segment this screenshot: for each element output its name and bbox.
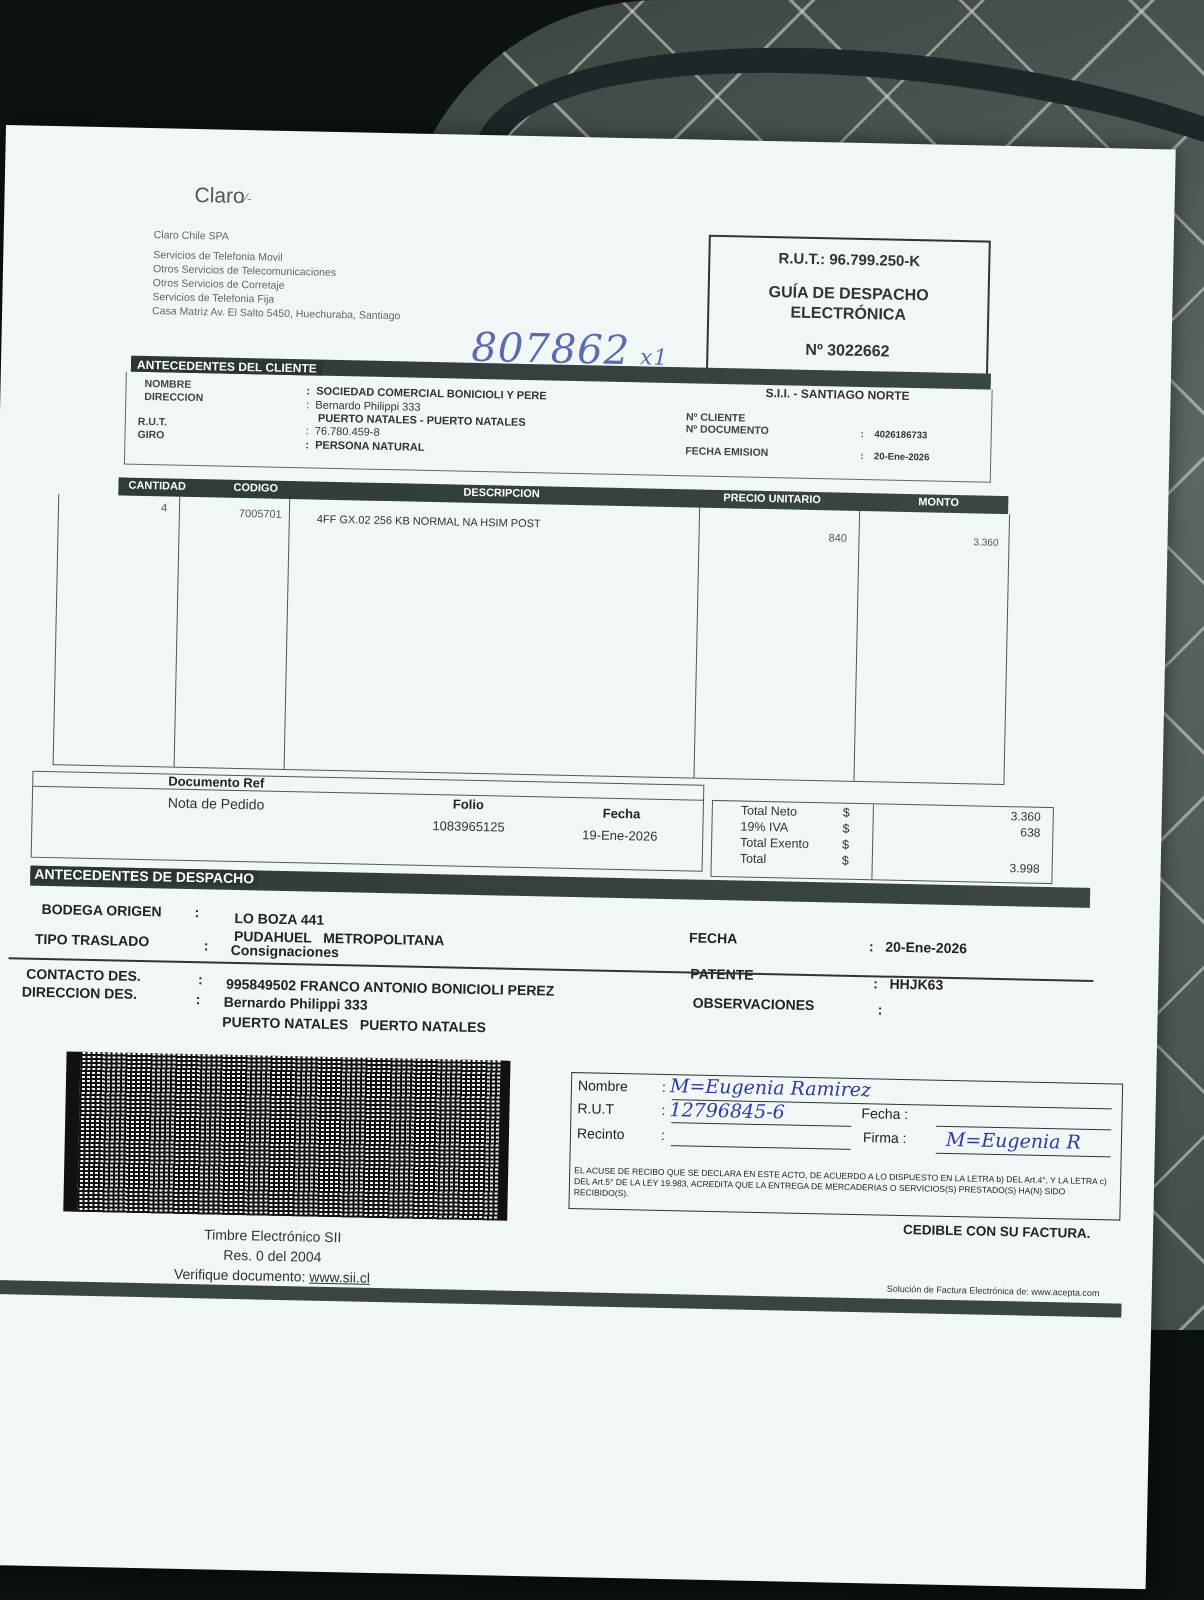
label-recibo-rut: R.U.T xyxy=(577,1100,614,1117)
fecha-despacho: 20-Ene-2026 xyxy=(885,939,967,957)
issuer-rut: R.U.T.: 96.799.250-K xyxy=(710,249,988,272)
bodega-origen: LO BOZA 441 xyxy=(234,910,324,928)
receiver-signature: M=Eugenia R xyxy=(946,1129,1081,1154)
item-quantity: 4 xyxy=(161,502,167,514)
header-codigo: CODIGO xyxy=(233,482,278,495)
pdf417-barcode xyxy=(63,1051,510,1220)
ref-header-fecha: Fecha xyxy=(603,806,641,822)
timbre-electronico: Timbre Electrónico SII Res. 0 del 2004 V… xyxy=(132,1223,413,1289)
label-recibo-nombre: Nombre xyxy=(578,1077,628,1094)
label-recibo-firma: Firma : xyxy=(863,1129,907,1146)
label-fecha-despacho: FECHA xyxy=(689,929,738,946)
label-contacto: CONTACTO DES. xyxy=(26,966,141,984)
dispatch-guide-document: Claro⁄‐ Claro Chile SPA Servicios de Tel… xyxy=(0,125,1176,1589)
solution-provider: Solución de Factura Electrónica de: www.… xyxy=(887,1284,1100,1298)
item-description: 4FF GX.02 256 KB NORMAL NA HSIM POST xyxy=(317,514,541,531)
company-info: Claro Chile SPA Servicios de Telefonia M… xyxy=(152,228,402,323)
totals-box: Total Neto $ 3.360 19% IVA $ 638 Total E… xyxy=(710,800,1054,884)
label-bodega: BODEGA ORIGEN xyxy=(41,901,161,920)
receiver-rut-handwritten: 12796845-6 xyxy=(669,1099,785,1123)
header-monto: MONTO xyxy=(918,496,959,509)
cedible-notice: CEDIBLE CON SU FACTURA. xyxy=(903,1222,1091,1241)
document-title: GUÍA DE DESPACHO ELECTRÓNICA xyxy=(709,282,988,328)
total-iva: 638 xyxy=(1020,825,1040,839)
company-name: Claro Chile SPA xyxy=(154,228,403,247)
ciudad-destino: PUERTO NATALES PUERTO NATALES xyxy=(222,1014,486,1036)
label-observaciones: OBSERVACIONES xyxy=(693,995,815,1014)
label-giro: GIRO xyxy=(137,429,164,442)
client-giro: : PERSONA NATURAL xyxy=(305,439,424,453)
label-recibo-fecha: Fecha : xyxy=(861,1105,908,1122)
label-rut: R.U.T. xyxy=(138,416,167,429)
ref-document-type: Nota de Pedido xyxy=(168,795,265,813)
header-precio: PRECIO UNITARIO xyxy=(723,492,821,506)
document-number: Nº 3022662 xyxy=(708,340,986,364)
client-details: NOMBRE DIRECCION R.U.T. GIRO : SOCIEDAD … xyxy=(124,372,993,483)
ref-date: 19-Ene-2026 xyxy=(582,827,657,844)
client-address: : Bernardo Philippi 333 xyxy=(306,399,421,413)
reference-box: Documento Ref Folio Fecha Nota de Pedido… xyxy=(31,771,705,872)
label-fecha-emision: FECHA EMISION xyxy=(685,445,768,459)
item-unit-price: 840 xyxy=(828,532,847,544)
receiver-name-handwritten: M=Eugenia Ramirez xyxy=(670,1075,871,1101)
label-direccion: DIRECCION xyxy=(144,391,203,404)
tipo-traslado: Consignaciones xyxy=(231,942,339,960)
items-table: 4 7005701 4FF GX.02 256 KB NORMAL NA HSI… xyxy=(53,494,1010,785)
label-tipo-traslado: TIPO TRASLADO xyxy=(35,931,150,949)
client-issue-date: : 20-Ene-2026 xyxy=(860,451,929,463)
sii-link[interactable]: www.sii.cl xyxy=(309,1269,370,1286)
header-cantidad: CANTIDAD xyxy=(128,480,186,493)
label-n-documento: Nº DOCUMENTO xyxy=(686,423,769,437)
rut-box: R.U.T.: 96.799.250-K GUÍA DE DESPACHO EL… xyxy=(706,235,991,387)
total-row: Total Neto $ 3.360 xyxy=(713,801,1053,808)
client-doc-number: : 4026186733 xyxy=(861,429,928,441)
item-amount: 3.360 xyxy=(973,537,998,549)
label-recibo-recinto: Recinto xyxy=(577,1125,625,1142)
direccion-destino: Bernardo Philippi 333 xyxy=(224,994,368,1013)
receipt-acknowledgement: Nombre : R.U.T : Recinto : Fecha : Firma… xyxy=(568,1072,1123,1221)
header-descripcion: DESCRIPCION xyxy=(463,487,540,501)
ref-header-folio: Folio xyxy=(453,797,484,813)
client-rut: : 76.780.459-8 xyxy=(306,425,380,439)
item-code: 7005701 xyxy=(239,508,282,521)
legal-text: EL ACUSE DE RECIBO QUE SE DECLARA EN EST… xyxy=(574,1165,1115,1209)
claro-logo: Claro⁄‐ xyxy=(194,184,252,209)
total-neto: 3.360 xyxy=(1011,809,1041,824)
label-nombre: NOMBRE xyxy=(144,378,191,391)
ref-header-doc: Documento Ref xyxy=(168,774,264,791)
label-direccion-destino: DIRECCION DES. xyxy=(22,984,137,1002)
ref-folio: 1083965125 xyxy=(432,818,505,835)
total-final: 3.998 xyxy=(1009,861,1039,876)
